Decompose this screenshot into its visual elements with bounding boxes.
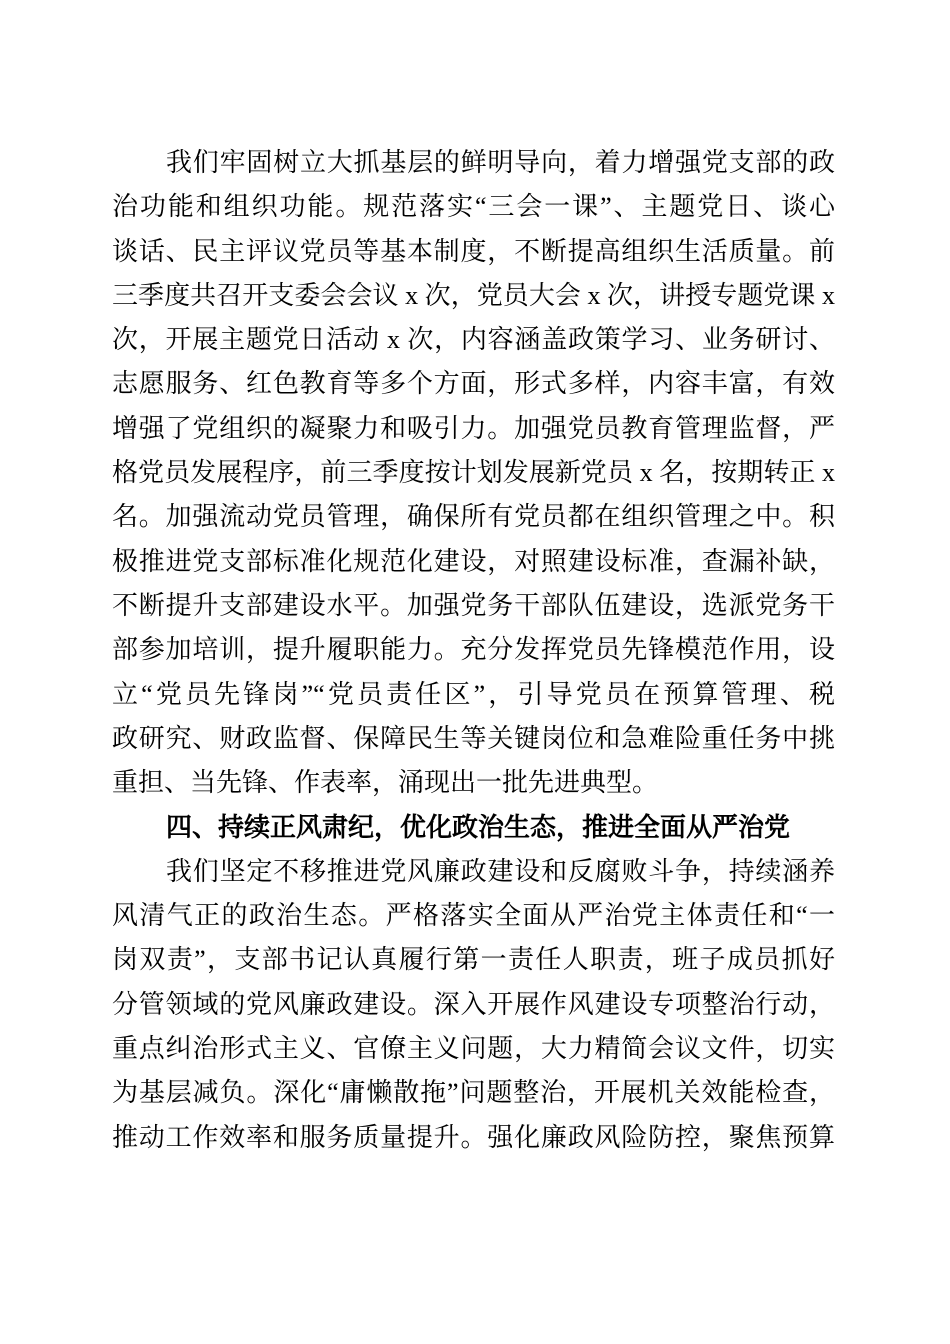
document-page: 我们牢固树立大抓基层的鲜明导向，着力增强党支部的政 治功能和组织功能。规范落实“…: [0, 0, 950, 1344]
text-line: 谈话、民主评议党员等基本制度，不断提高组织生活质量。前: [112, 230, 835, 274]
text-line: 政研究、财政监督、保障民生等关键岗位和急难险重任务中挑: [112, 717, 835, 761]
text-line: 治功能和组织功能。规范落实“三会一课”、主题党日、谈心: [112, 185, 835, 229]
text-line: 分管领域的党风廉政建设。深入开展作风建设专项整治行动，: [112, 983, 835, 1027]
text-line: 三季度共召开支委会会议 x 次，党员大会 x 次，讲授专题党课 x: [112, 274, 835, 318]
text-line: 部参加培训，提升履职能力。充分发挥党员先锋模范作用，设: [112, 628, 835, 672]
text-line: 推动工作效率和服务质量提升。强化廉政风险防控，聚焦预算: [112, 1116, 835, 1160]
text-line: 立“党员先锋岗”“党员责任区”，引导党员在预算管理、税: [112, 673, 835, 717]
text-line: 岗双责”，支部书记认真履行第一责任人职责，班子成员抓好: [112, 938, 835, 982]
text-line: 我们牢固树立大抓基层的鲜明导向，着力增强党支部的政: [112, 141, 835, 185]
text-line: 我们坚定不移推进党风廉政建设和反腐败斗争，持续涵养: [112, 850, 835, 894]
text-line: 极推进党支部标准化规范化建设，对照建设标准，查漏补缺，: [112, 540, 835, 584]
section-heading: 四、持续正风肃纪，优化政治生态，推进全面从严治党: [112, 805, 835, 849]
text-line: 志愿服务、红色教育等多个方面，形式多样，内容丰富，有效: [112, 362, 835, 406]
text-line: 格党员发展程序，前三季度按计划发展新党员 x 名，按期转正 x: [112, 451, 835, 495]
text-line: 重担、当先锋、作表率，涌现出一批先进典型。: [112, 761, 835, 805]
text-line: 为基层减负。深化“庸懒散拖”问题整治，开展机关效能检查，: [112, 1071, 835, 1115]
text-line: 不断提升支部建设水平。加强党务干部队伍建设，选派党务干: [112, 584, 835, 628]
text-line: 增强了党组织的凝聚力和吸引力。加强党员教育管理监督，严: [112, 407, 835, 451]
text-line: 风清气正的政治生态。严格落实全面从严治党主体责任和“一: [112, 894, 835, 938]
text-line: 次，开展主题党日活动 x 次，内容涵盖政策学习、业务研讨、: [112, 318, 835, 362]
text-line: 名。加强流动党员管理，确保所有党员都在组织管理之中。积: [112, 495, 835, 539]
text-line: 重点纠治形式主义、官僚主义问题，大力精简会议文件，切实: [112, 1027, 835, 1071]
